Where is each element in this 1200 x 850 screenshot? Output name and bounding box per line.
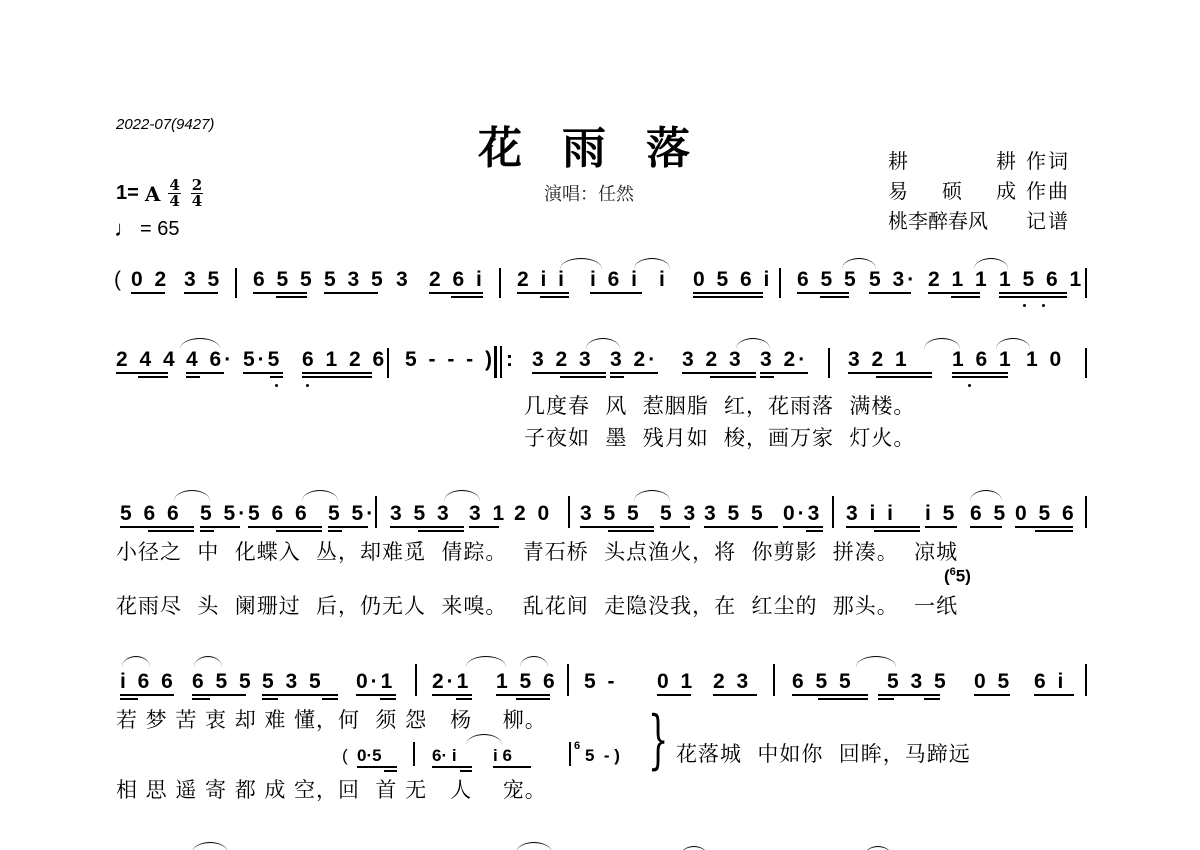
grace-note-annotation: (65) [944,566,971,587]
beam-line [820,296,849,298]
note-group: 1 6 1 [952,348,1014,372]
tie [560,258,602,269]
beam-line [760,372,808,374]
side-lyric: 花落城 中如你 回眸，马蹄远 [676,738,971,768]
note-group: 5·5 [243,348,282,372]
tempo-marking: ♩ = 65 [114,216,179,242]
beam-line [693,292,763,294]
beam-line [540,296,569,298]
beam-line [432,766,472,768]
tie [192,842,228,850]
low-octave-dot [1023,304,1026,307]
beam-line [876,376,932,378]
barline [828,348,830,378]
note-group: 3 [396,268,411,292]
note-group: 0 5 [974,670,1012,694]
beam-line [874,530,920,532]
tie [970,490,1002,501]
quarter-note-icon: ♩ [114,216,136,242]
beam-line [682,372,756,374]
beam-line [322,698,338,700]
staff-system-1: ( 0 2 3 5 6 5 5 5 3 5 3 2 6 i 2 i i i 6 … [0,268,1200,308]
barline [773,664,775,696]
singer-credit: 演唱：任然 [544,180,634,206]
tie [924,338,960,349]
beam-line [276,296,307,298]
barline [832,496,834,528]
time-signature-4-4: 4 4 [168,178,180,209]
note-group: 3 5 3 [390,502,452,526]
interlude-notes: 0·5 [357,746,382,766]
tie [736,338,770,349]
note-group: 5 3 5 [887,670,949,694]
beam-line [456,698,472,700]
beam-line [451,296,483,298]
note-group: 2 i i [517,268,567,292]
beam-line [869,292,911,294]
beam-line [925,526,957,528]
note-group: 3 2 3 [532,348,594,372]
beam-line [248,526,322,528]
note-group: 6 5 5 [797,268,859,292]
barline [235,268,237,298]
beam-line [610,376,624,378]
tie [466,734,502,745]
barline [1085,268,1087,298]
barline [1085,664,1087,696]
transcriber-credit: 桃李醉春风 记谱 [888,206,1070,236]
tie [586,338,620,349]
tie [974,258,1008,269]
beam-line [243,372,283,374]
beam-line [328,530,342,532]
barline [499,268,501,298]
low-octave-dot [1042,304,1045,307]
beam-line [532,372,606,374]
song-title: 花雨落 [478,112,730,176]
barline [1085,348,1087,378]
beam-line [432,694,472,696]
barline [375,496,377,528]
lyric-line-1: 若 梦 苦 衷 却 难 懂，何 须 怨 杨 柳。 [116,704,547,734]
beam-line [517,292,569,294]
note-group: 5 3 5 [262,670,324,694]
beam-line [262,698,278,700]
low-octave-dot [306,384,309,387]
note-group: 6 5 5 [192,670,254,694]
beam-line [200,526,240,528]
note-group: 5 3· [869,268,917,292]
barline [779,268,781,298]
tie [996,338,1030,349]
barline [569,742,571,766]
note-group: 2 0 [514,502,552,526]
beam-line [262,694,338,696]
note-group: 3 2 3 [682,348,744,372]
credits-block: 耕 耕 作词 易 硕 成 作曲 桃李醉春风 记谱 [888,146,1070,236]
tie [864,846,892,850]
tie [122,656,150,667]
barline [413,742,415,766]
beam-line [186,376,200,378]
beam-line [818,698,868,700]
note-group: 3 5 [184,268,222,292]
key-signature: 1= A 4 4 2 4 [116,178,213,209]
beam-line [610,372,658,374]
note-group: 0·3 [783,502,822,526]
note-group: 0 5 6 i [693,268,772,292]
beam-line [516,698,550,700]
lyric-line-2: 子夜如 墨 残月如 梭，画万家 灯火。 [524,422,915,452]
repeat-barline [500,346,502,378]
staff-system-4: i 6 6 6 5 5 5 3 5 0·1 2·1 1 5 6 5 - 0 1 … [0,670,1200,710]
interlude-notes: i 6 [493,746,512,766]
note-group: 6 5 5 [792,670,854,694]
staff-system-3: 5 6 6 5 5· 5 6 6 5 5· 3 5 3 3 1 2 0 3 5 … [0,502,1200,542]
beam-line [999,296,1067,298]
beam-line [186,372,224,374]
beam-line [710,376,756,378]
beam-line [384,770,397,772]
beam-line [974,694,1010,696]
beam-line [580,526,654,528]
interlude-notes: 5 - ) [585,746,620,766]
beam-line [878,698,894,700]
beam-line [970,526,1002,528]
note-group: 2 4 4 [116,348,178,372]
tie [174,490,210,501]
beam-line [846,526,920,528]
beam-line [328,526,368,528]
repeat-sign: : [506,348,516,372]
tie [302,490,338,501]
note-group: 3 5 5 [704,502,766,526]
lyricist-credit: 耕 耕 作词 [888,146,1070,176]
beam-line [380,698,396,700]
note-group: i 6 6 [120,670,176,694]
tie [516,842,552,850]
tie [466,656,506,667]
tie [856,656,896,667]
beam-line [356,694,396,696]
note-group: i 5 [925,502,957,526]
beam-line [496,694,550,696]
beam-line [1015,526,1073,528]
beam-line [704,526,778,528]
time-signature-2-4: 2 4 [191,178,203,209]
barline [415,664,417,696]
score-code: 2022-07(9427) [116,116,214,133]
beam-line [302,372,372,374]
beam-line [116,372,168,374]
note-group: 6 1 2 6 [302,348,387,372]
beam-line [951,296,980,298]
beam-line [390,526,464,528]
barline [1085,496,1087,528]
beam-line [493,766,531,768]
beam-line [120,698,138,700]
beam-line [590,292,642,294]
note-group: 5 - [584,670,618,694]
beam-line [1034,694,1074,696]
tie [680,846,708,850]
note-group: 3 1 [469,502,507,526]
barline [568,496,570,528]
beam-line [924,698,940,700]
note-group: i 6 i [590,268,640,292]
grace-note: 6 [574,740,580,752]
tie [520,656,548,667]
lyric-line-2: 花雨尽 头 阑珊过 后，仍无人 来嗅。 乱花间 走隐没我，在 红尘的 那头。 一… [116,590,958,620]
beam-line [120,694,174,696]
note-group: 3 2 1 [848,348,910,372]
lyric-line-1: 几度春 风 惹胭脂 红，花雨落 满楼。 [524,390,915,420]
beam-line [324,292,378,294]
beam-line [184,292,218,294]
note-group: 0·1 [356,670,395,694]
note-group: 1 5 6 [496,670,558,694]
beam-line [660,526,690,528]
beam-line [1035,530,1073,532]
note-group: 5 - - - ) [405,348,495,372]
beam-line [560,376,606,378]
note-group: 6 5 5 [253,268,315,292]
note-group: 6 i [1034,670,1066,694]
note-group: 5 6 6 [120,502,182,526]
beam-line [131,292,165,294]
beam-line [276,530,322,532]
note-group: 1 0 [1026,348,1064,372]
beam-line [120,526,194,528]
note-group: 1 5 6 1 [999,268,1084,292]
note-group: 6 5 [970,502,1008,526]
beam-line [783,526,823,528]
beam-line [138,376,168,378]
beam-line [192,698,210,700]
note-group: 3 2· [610,348,658,372]
composer-credit: 易 硕 成 作曲 [888,176,1070,206]
lyric-line-1: 小径之 中 化蝶入 丛，却难觅 倩踪。 青石桥 头点渔火，将 你剪影 拼凑。 凉… [116,536,958,566]
note-group: 3 5 5 [580,502,642,526]
beam-line [460,770,472,772]
note-group: 2 3 [713,670,751,694]
interlude-notes: 6· i [432,746,457,766]
note-group: 0 5 6 [1015,502,1077,526]
beam-line [848,372,932,374]
note-group: 2·1 [432,670,471,694]
beam-line [713,694,757,696]
note-group: 5 5· [328,502,376,526]
beam-line [792,694,868,696]
beam-line [952,372,1008,374]
tie [444,490,480,501]
brace: } [648,708,668,772]
note-group: 5 6 6 [248,502,310,526]
beam-line [469,526,499,528]
staff-system-2: 2 4 4 4 6· 5·5 6 1 2 6 5 - - - ) : 3 2 3… [0,348,1200,388]
beam-line [357,766,397,768]
low-octave-dot [968,384,971,387]
beam-line [253,292,307,294]
beam-line [302,376,372,378]
note-group: 3 i i [846,502,896,526]
note-group: 2 1 1 [928,268,990,292]
note-group: 0 2 [131,268,169,292]
beam-line [418,530,464,532]
beam-line [192,694,246,696]
note-group: 2 6 i [429,268,485,292]
tie [634,258,670,269]
beam-line [952,376,1008,378]
note-group: i [659,268,668,292]
tie [842,258,876,269]
tie [194,656,222,667]
interlude-open-paren: ( [342,746,348,766]
note-group: 0 1 [657,670,695,694]
repeat-barline [494,346,497,378]
beam-line [806,530,823,532]
tie [634,490,670,501]
note-group: 5 5· [200,502,248,526]
beam-line [760,376,774,378]
note-group: 5 3 [660,502,698,526]
beam-line [999,292,1067,294]
beam-line [693,296,763,298]
barline [567,664,569,696]
note-group: 4 6· [186,348,234,372]
note-group: 5 3 5 [324,268,386,292]
low-octave-dot [275,384,278,387]
tie [180,338,220,349]
beam-line [797,292,849,294]
beam-line [878,694,940,696]
beam-line [657,694,691,696]
beam-line [148,530,194,532]
note-group: 3 2· [760,348,808,372]
beam-line [270,376,283,378]
lyric-line-2: 相 思 遥 寄 都 成 空，回 首 无 人 宠。 [116,774,547,804]
beam-line [200,530,214,532]
barline [387,348,389,378]
open-paren: ( [114,268,124,292]
beam-line [608,530,654,532]
beam-line [928,292,980,294]
beam-line [429,292,483,294]
